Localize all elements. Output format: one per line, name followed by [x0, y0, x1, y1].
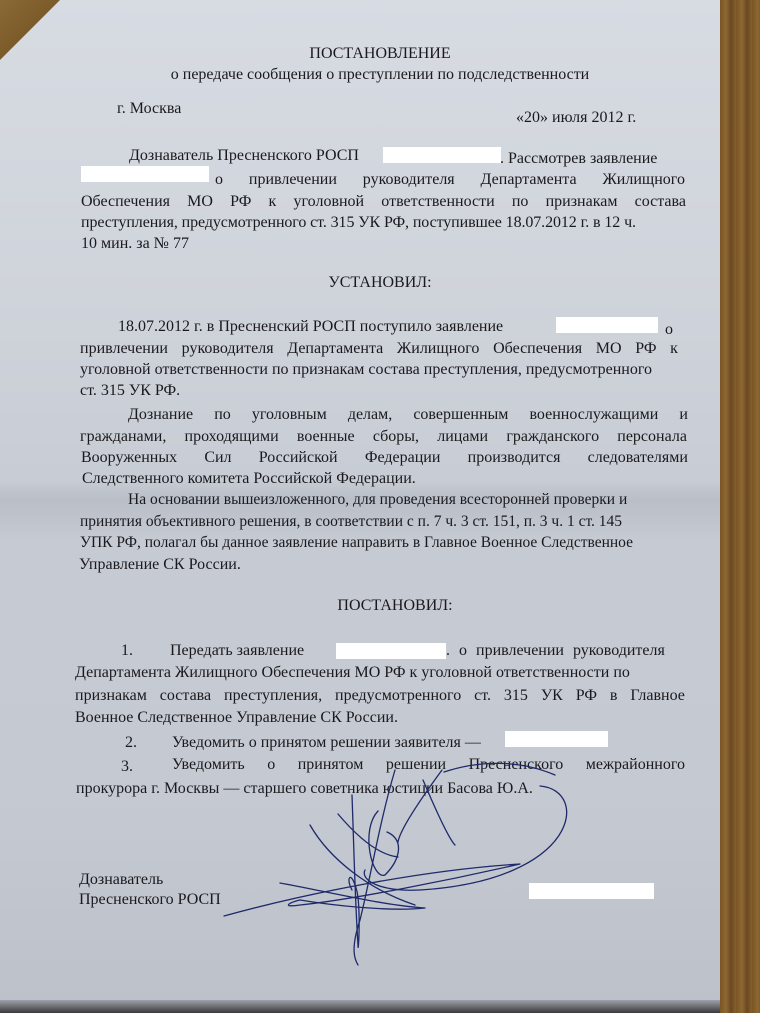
- word: гражданского: [506, 427, 599, 447]
- resolved-item-2-line-1: Уведомить о принятом решении заявителя —: [172, 733, 481, 753]
- word: Федерации: [365, 448, 441, 468]
- word: признакам: [546, 192, 618, 212]
- word: Главное: [630, 686, 685, 706]
- word: военнослужащими: [529, 405, 658, 425]
- word: о: [215, 170, 223, 190]
- word: в: [610, 686, 618, 706]
- word: состава: [635, 192, 686, 212]
- word: Жилищного: [397, 339, 480, 359]
- word: производится: [468, 448, 561, 468]
- word: к: [269, 192, 277, 212]
- word: ст.: [474, 686, 491, 706]
- date: «20» июля 2012 г.: [516, 108, 636, 128]
- resolved-item-1-number: 1.: [121, 641, 133, 661]
- word: Обеспечения: [493, 339, 582, 359]
- established-p1-line-1a: 18.07.2012 г. в Пресненский РОСП поступи…: [118, 317, 503, 337]
- word: по: [214, 405, 231, 425]
- resolved-item-1-line-1a: Передать заявление: [170, 641, 304, 661]
- word: МО: [187, 192, 213, 212]
- word: преступления,: [224, 686, 322, 706]
- established-p3-line-4: Управление СК России.: [79, 555, 241, 575]
- word: проходящими: [185, 427, 279, 447]
- established-p1-line-4: ст. 315 УК РФ.: [80, 381, 180, 401]
- redaction-applicant: [81, 166, 209, 182]
- established-p2-line-2: гражданами, проходящими военные сборы, л…: [80, 427, 687, 447]
- word: РФ: [230, 192, 251, 212]
- resolved-item-2-number: 2.: [125, 733, 137, 753]
- redaction-applicant-2: [556, 317, 658, 333]
- document-title: ПОСТАНОВЛЕНИЕ: [0, 44, 760, 64]
- intro-line-3: Обеспечения МО РФ к уголовной ответствен…: [81, 192, 686, 212]
- word: ответственности: [381, 192, 494, 212]
- signature-role-line-2: Пресненского РОСП: [79, 890, 221, 910]
- redaction-name: [383, 147, 501, 163]
- resolved-item-3-line-1: Уведомить о принятом решении Пресненског…: [172, 755, 685, 775]
- word: персонала: [617, 427, 687, 447]
- word: Пресненского: [469, 755, 564, 775]
- intro-line-5: 10 мин. за № 77: [81, 234, 189, 254]
- word: Обеспечения: [81, 192, 170, 212]
- word: следователями: [588, 448, 688, 468]
- word: РФ: [576, 686, 597, 706]
- word: и: [679, 405, 688, 425]
- resolved-item-1-line-3: признакам состава преступления, предусмо…: [75, 686, 685, 706]
- word: уголовным: [252, 405, 327, 425]
- word: межрайонного: [586, 755, 685, 775]
- resolved-item-3-line-2: прокурора г. Москвы — старшего советника…: [76, 779, 533, 799]
- resolved-item-1-line-1b: . о привлечении руководителя: [446, 641, 665, 661]
- word: решении: [386, 755, 446, 775]
- word: военные: [297, 427, 355, 447]
- document-subtitle: о передаче сообщения о преступлении по п…: [0, 65, 760, 85]
- word: предусмотренного: [335, 686, 461, 706]
- word: руководителя: [363, 170, 455, 190]
- established-p2-line-4: Следственного комитета Российской Федера…: [82, 469, 416, 489]
- word: Уведомить: [172, 755, 245, 775]
- word: гражданами,: [80, 427, 166, 447]
- resolved-item-1-line-2: Департамента Жилищного Обеспечения МО РФ…: [75, 663, 630, 683]
- word: к: [670, 339, 678, 359]
- word: УК: [541, 686, 563, 706]
- word: Департамента: [287, 339, 383, 359]
- intro-line-4: преступления, предусмотренного ст. 315 У…: [81, 213, 636, 233]
- established-p1-line-3: уголовной ответственности по признакам с…: [80, 360, 652, 380]
- word: состава: [160, 686, 211, 706]
- word: привлечении: [80, 339, 168, 359]
- document: ПОСТАНОВЛЕНИЕ о передаче сообщения о пре…: [0, 0, 728, 1013]
- word: Сил: [204, 448, 231, 468]
- word: Дознание: [128, 405, 193, 425]
- established-p3-line-2: принятия объективного решения, в соответ…: [80, 512, 622, 532]
- word: совершенным: [413, 405, 508, 425]
- word: о: [267, 755, 275, 775]
- established-p3-line-3: УПК РФ, полагал бы данное заявление напр…: [80, 533, 633, 553]
- section-established-heading: УСТАНОВИЛ:: [0, 273, 760, 293]
- word: лицами: [437, 427, 488, 447]
- word: принятом: [298, 755, 364, 775]
- word: по: [512, 192, 529, 212]
- established-p1-line-2: привлечении руководителя Департамента Жи…: [80, 339, 678, 359]
- redaction-applicant-3: [336, 643, 446, 659]
- word: привлечении: [249, 170, 337, 190]
- word: признакам: [75, 686, 147, 706]
- section-resolved-heading: ПОСТАНОВИЛ:: [0, 596, 760, 616]
- word: Российской: [259, 448, 338, 468]
- word: Жилищного: [602, 170, 685, 190]
- resolved-item-3-number: 3.: [121, 757, 133, 777]
- established-p3-line-1: На основании вышеизложенного, для провед…: [128, 490, 627, 510]
- intro-line-1a: Дознаватель Пресненского РОСП: [129, 146, 359, 166]
- signature-role-line-1: Дознаватель: [79, 870, 163, 890]
- established-p1-line-1b: о: [665, 320, 673, 340]
- word: Вооруженных: [81, 448, 177, 468]
- word: МО: [596, 339, 622, 359]
- intro-line-1b: . Рассмотрев заявление: [500, 149, 657, 169]
- word: РФ: [635, 339, 656, 359]
- redaction-officer-name: [529, 883, 654, 899]
- word: сборы,: [373, 427, 419, 447]
- word: Департамента: [481, 170, 577, 190]
- word: уголовной: [294, 192, 365, 212]
- city: г. Москва: [117, 99, 181, 119]
- established-p2-line-1: Дознание по уголовным делам, совершенным…: [128, 405, 688, 425]
- word: 315: [504, 686, 528, 706]
- redaction-applicant-4: [505, 731, 608, 747]
- resolved-item-1-line-4: Военное Следственное Управление СК Росси…: [75, 708, 398, 728]
- established-p2-line-3: Вооруженных Сил Российской Федерации про…: [81, 448, 688, 468]
- word: делам,: [348, 405, 392, 425]
- intro-line-2: о привлечении руководителя Департамента …: [215, 170, 685, 190]
- word: руководителя: [182, 339, 274, 359]
